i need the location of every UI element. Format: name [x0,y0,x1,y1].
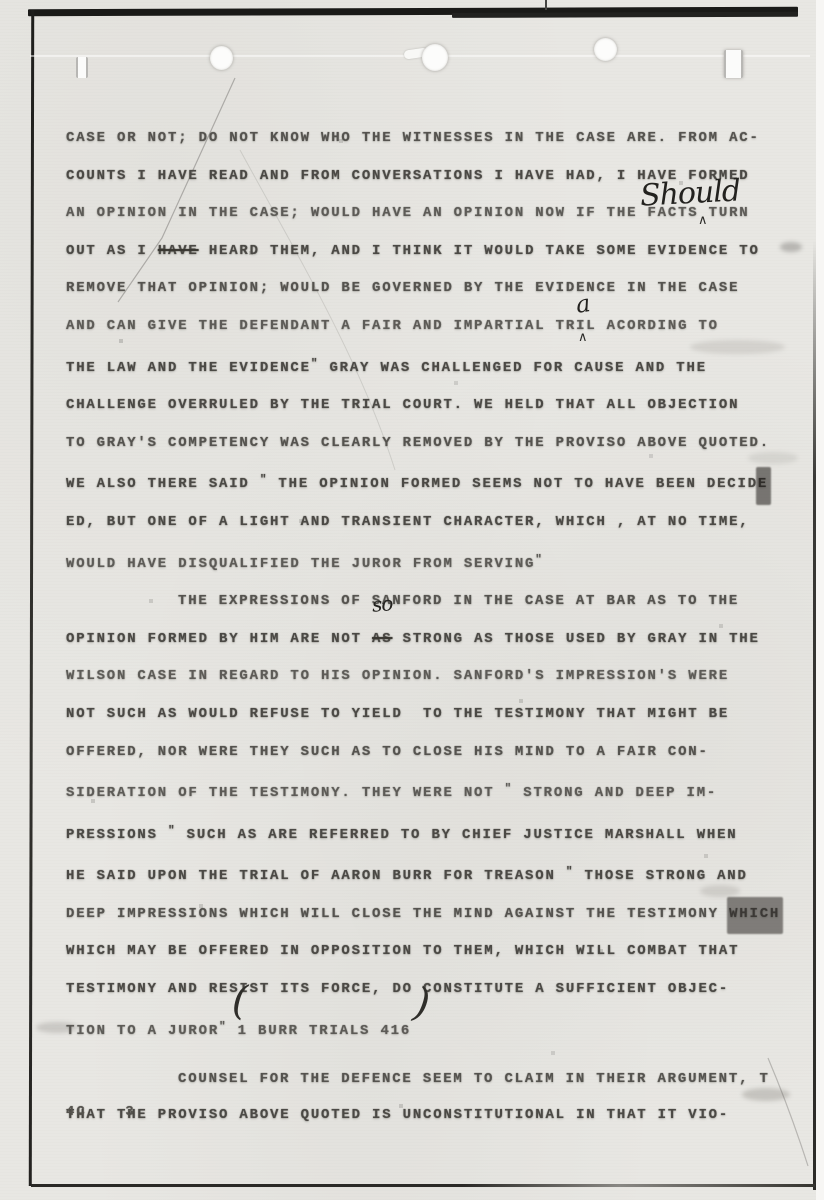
strike-text: HAVE [158,243,199,259]
typed-text: HEARD THEM, AND I THINK IT WOULD TAKE SO… [199,243,760,259]
typed-text: CASE OR NOT; DO NOT KNOW WHO THE WITNESS… [66,130,760,146]
insertion-caret-1: ∧ [698,213,708,228]
typed-text: OUT AS I [66,243,158,259]
top-edge-tick-mark [545,0,547,10]
scanner-background [816,0,824,1200]
typed-text: THE EXPRESSIONS OF SANFORD IN THE CASE A… [178,593,739,609]
text-line: OUT AS I HAVE HEARD THEM, AND I THINK IT… [66,233,766,271]
text-line: WILSON CASE IN REGARD TO HIS OPINION. SA… [66,658,766,696]
paragraph: COUNSEL FOR THE DEFENCE SEEM TO CLAIM IN… [66,1062,766,1133]
typed-text: THE OPINION FORMED SEEMS NOT TO HAVE BEE… [268,476,758,492]
page-number: 3 [125,1104,135,1120]
staple-slot-icon [76,57,88,78]
torn-top-edge [28,7,798,16]
typed-text: GRAY WAS CHALLENGED FOR CAUSE AND THE [319,360,707,376]
insertion-caret-2: ∧ [578,330,588,345]
typed-text: CHALLENGE OVERRULED BY THE TRIAL COURT. … [66,397,739,413]
punch-hole-icon [594,38,617,61]
paper-specks [0,0,2,2]
text-line: THAT THE PROVISO ABOVE QUOTED IS UNCONST… [66,1098,766,1134]
text-line: CASE OR NOT; DO NOT KNOW WHO THE WITNESS… [66,120,766,158]
typed-text: OPINION FORMED BY HIM ARE NOT [66,631,372,647]
bottom-paper-edge [31,1184,815,1187]
footer-mark: 4C [66,1104,87,1120]
text-line: REMOVE THAT OPINION; WOULD BE GOVERNED B… [66,270,766,308]
text-line: OFFERED, NOR WERE THEY SUCH AS TO CLOSE … [66,734,766,772]
typed-text: ED, BUT ONE OF A LIGHT AND TRANSIENT CHA… [66,514,750,530]
typed-text: DEEP IMPRESSIONS WHICH WILL CLOSE THE MI… [66,906,729,922]
typed-text: REMOVE THAT OPINION; WOULD BE GOVERNED B… [66,280,739,296]
text-line: NOT SUCH AS WOULD REFUSE TO YIELD TO THE… [66,696,766,734]
typed-text: PRESSIONS [66,827,168,843]
typed-text: SIDERATION OF THE TESTIMONY. THEY WERE N… [66,785,505,801]
text-line: OPINION FORMED BY HIM ARE NOT AS STRONG … [66,621,766,659]
text-line: HE SAID UPON THE TRIAL OF AARON BURR FOR… [66,854,766,896]
text-line: THE EXPRESSIONS OF SANFORD IN THE CASE A… [66,583,766,621]
typed-text: THE LAW AND THE EVIDENCE [66,360,311,376]
typed-text: AND CAN GIVE THE DEFENDANT A FAIR AND IM… [66,318,719,334]
staple-slot-icon [724,50,743,78]
punch-hole-icon [210,46,233,70]
blot-text: E [758,466,768,504]
typed-text: NOT SUCH AS WOULD REFUSE TO YIELD TO THE… [66,706,729,722]
typed-text: TO GRAY'S COMPETENCY WAS CLEARLY REMOVED… [66,435,770,451]
text-line: WOULD HAVE DISQUALIFIED THE JUROR FROM S… [66,542,766,584]
scanned-page: CASE OR NOT; DO NOT KNOW WHO THE WITNESS… [0,0,824,1200]
strike-text: AS [372,631,392,647]
sup-text: " [505,783,513,795]
typed-text: WE ALSO THERE SAID [66,476,260,492]
sup-text: " [535,554,543,566]
typed-text: TION TO A JUROR [66,1023,219,1039]
text-line: WE ALSO THERE SAID " THE OPINION FORMED … [66,462,766,504]
typed-text: WOULD HAVE DISQUALIFIED THE JUROR FROM S… [66,556,535,572]
typed-text: THAT THE PROVISO ABOVE QUOTED IS UNCONST… [66,1107,729,1123]
handwritten-paren-open: ( [231,978,248,1025]
typed-text: SUCH AS ARE REFERRED TO BY CHIEF JUSTICE… [176,827,737,843]
typed-text: COUNSEL FOR THE DEFENCE SEEM TO CLAIM IN… [178,1071,770,1087]
punch-hole-icon [422,44,448,71]
text-line: AND CAN GIVE THE DEFENDANT A FAIR AND IM… [66,308,766,346]
blot-text: WHICH [729,896,780,934]
text-line: PRESSIONS " SUCH AS ARE REFERRED TO BY C… [66,813,766,855]
typed-text: HE SAID UPON THE TRIAL OF AARON BURR FOR… [66,868,566,884]
handwritten-so: so [371,591,393,616]
text-line: THE LAW AND THE EVIDENCE" GRAY WAS CHALL… [66,346,766,388]
sup-text: " [260,474,268,486]
typed-text: STRONG AND DEEP IM- [513,785,717,801]
text-line: ED, BUT ONE OF A LIGHT AND TRANSIENT CHA… [66,504,766,542]
text-line: WHICH MAY BE OFFERED IN OPPOSITION TO TH… [66,933,766,971]
typed-text: THOSE STRONG AND [574,868,747,884]
page-footer: 4C 3 [66,1104,136,1120]
text-line: COUNSEL FOR THE DEFENCE SEEM TO CLAIM IN… [66,1062,766,1098]
typed-text: STRONG AS THOSE USED BY GRAY IN THE [392,631,759,647]
typed-text: WHICH MAY BE OFFERED IN OPPOSITION TO TH… [66,943,739,959]
handwritten-should: Should [639,173,741,213]
smudge [780,242,802,252]
typed-text: WILSON CASE IN REGARD TO HIS OPINION. SA… [66,668,729,684]
sup-text: " [311,358,319,370]
text-line: TO GRAY'S COMPETENCY WAS CLEARLY REMOVED… [66,425,766,463]
text-line: SIDERATION OF THE TESTIMONY. THEY WERE N… [66,771,766,813]
typed-text: OFFERED, NOR WERE THEY SUCH AS TO CLOSE … [66,744,709,760]
text-line: CHALLENGE OVERRULED BY THE TRIAL COURT. … [66,387,766,425]
typed-text: TESTIMONY AND RESIST ITS FORCE, DO CONST… [66,981,729,997]
left-paper-edge [29,10,34,1186]
text-line: DEEP IMPRESSIONS WHICH WILL CLOSE THE MI… [66,896,766,934]
typed-text: 1 BURR TRIALS 416 [227,1023,411,1039]
